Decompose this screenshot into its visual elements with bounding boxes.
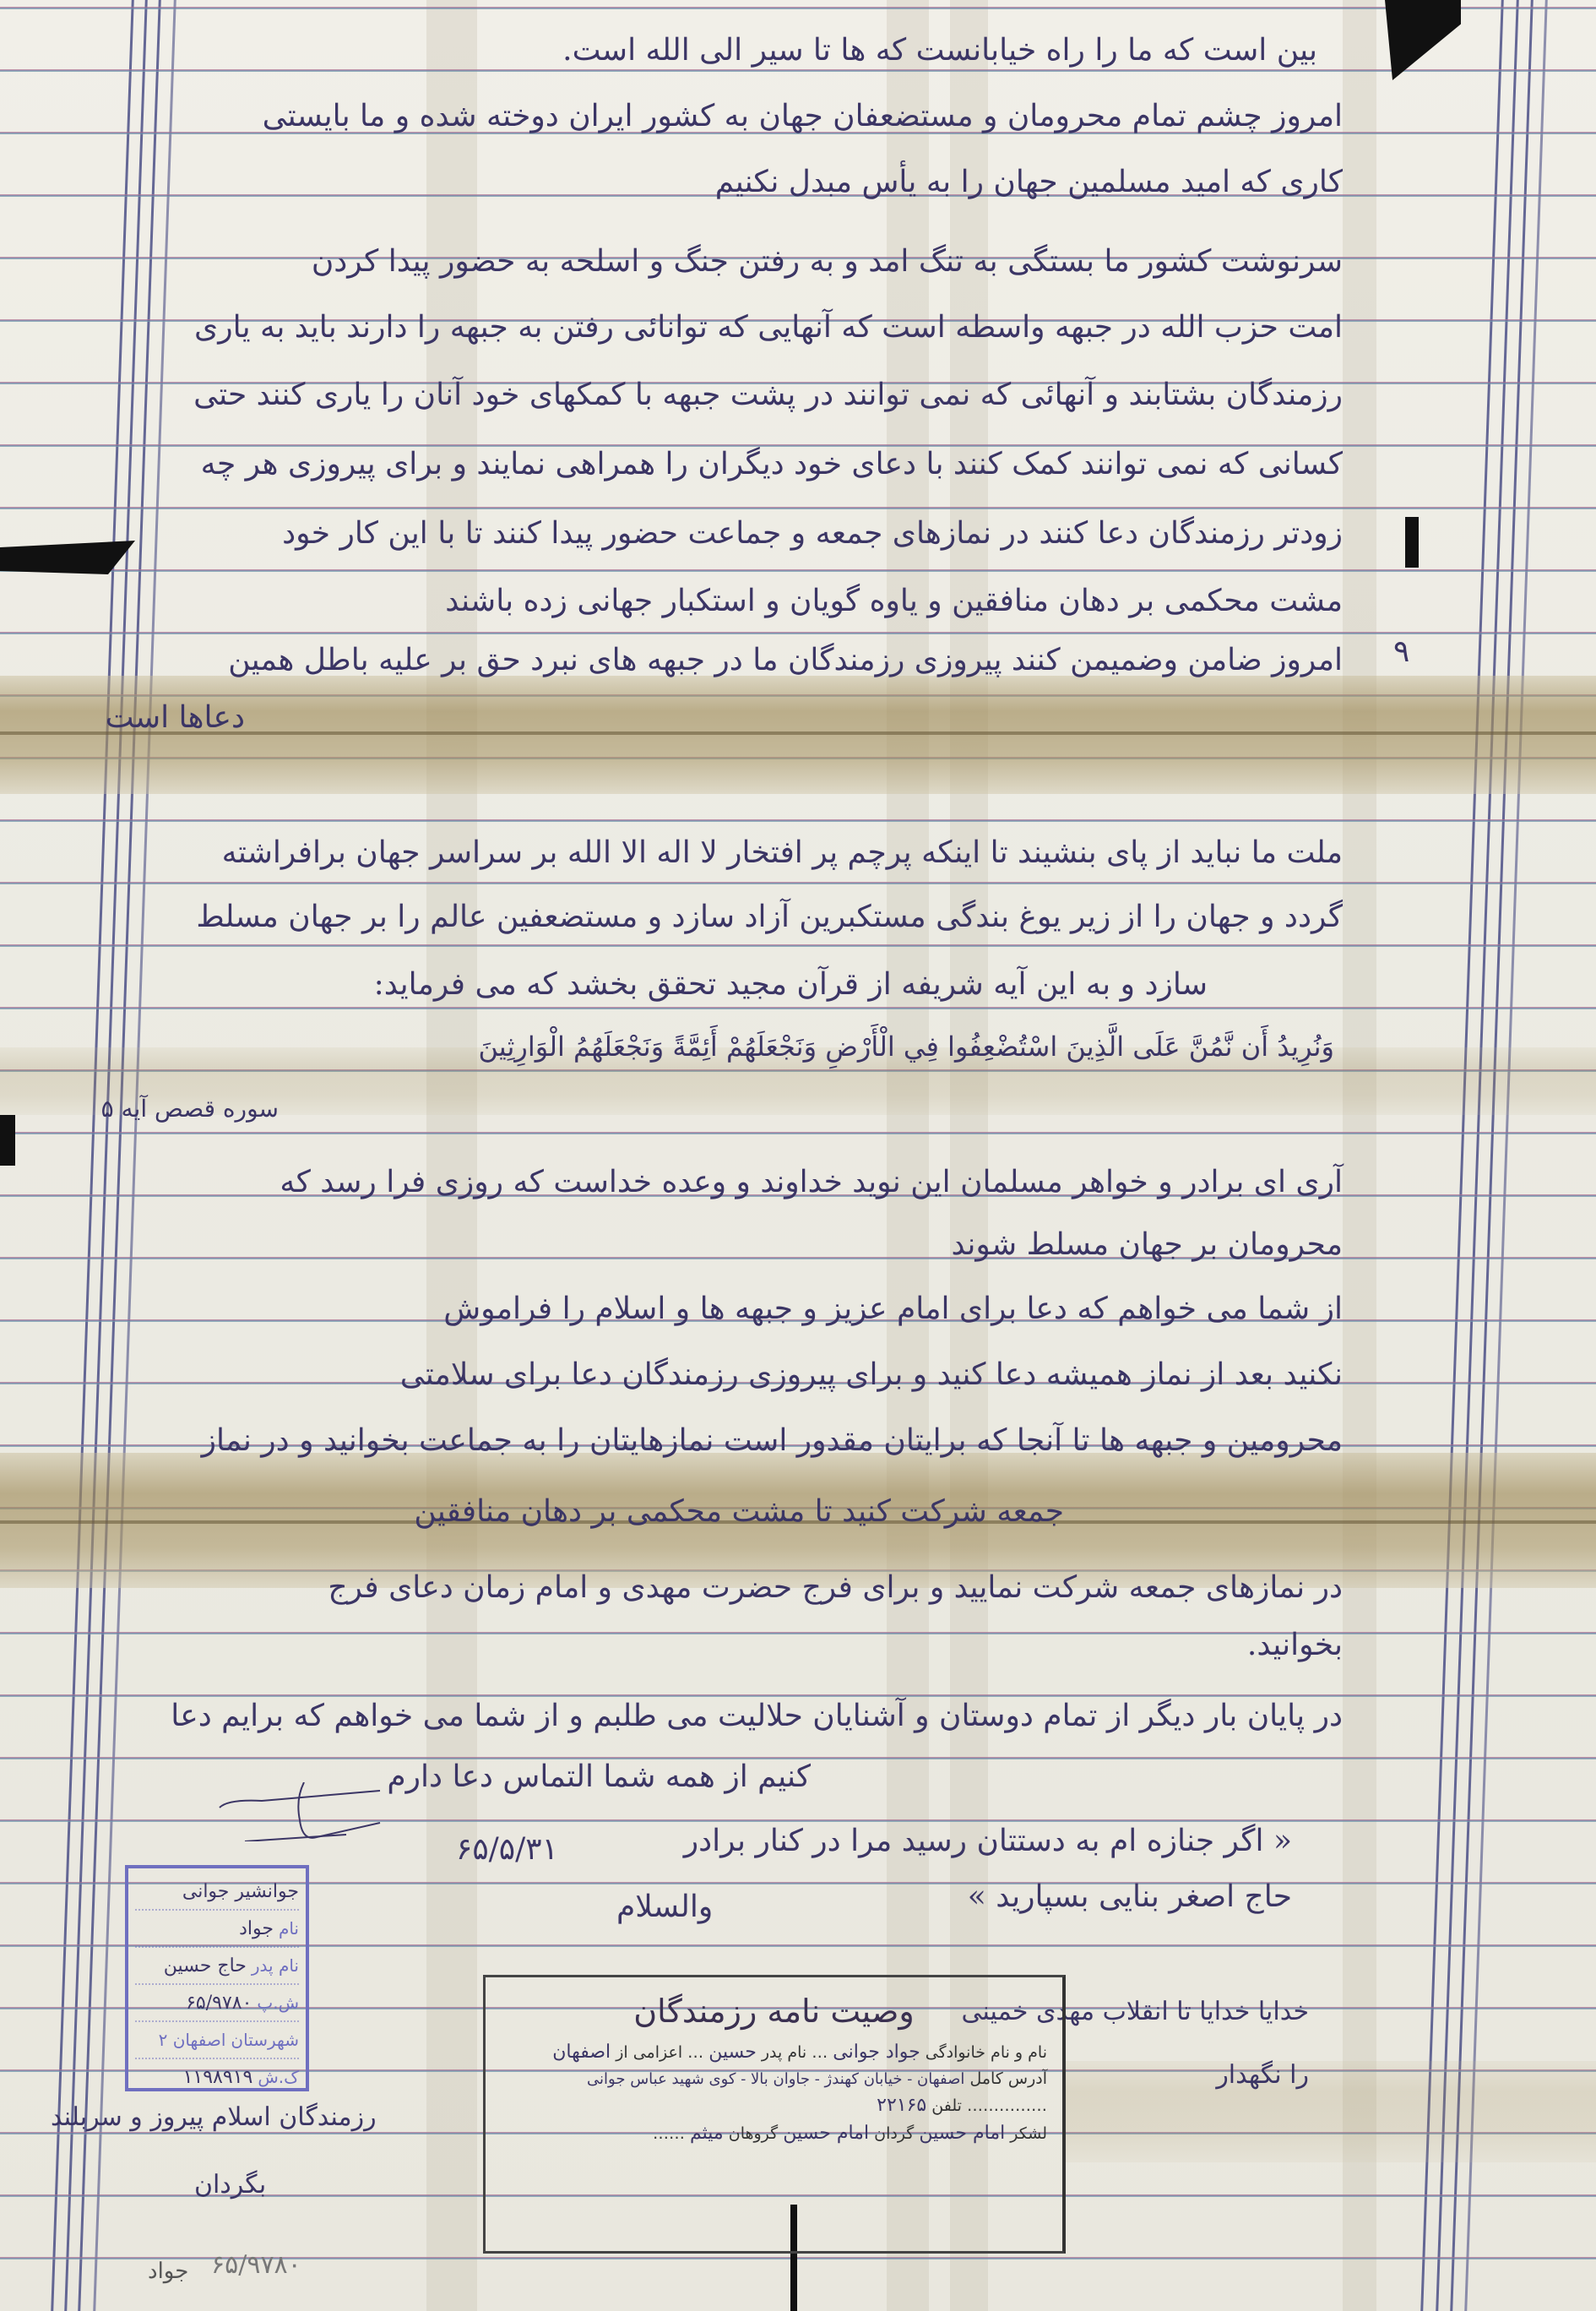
id-stamp: جوانشیر جوانی نام جواد نام پدر حاج حسین … bbox=[125, 1865, 309, 2091]
letter-line: از شما می خواهم که دعا برای امام عزیز و … bbox=[443, 1292, 1343, 1326]
ruled-line bbox=[0, 7, 1596, 9]
fold-stripe bbox=[1343, 0, 1376, 2311]
form-phone-value: ۲۲۱۶۵ bbox=[877, 2095, 926, 2116]
stamp-code-value: ۱۱۹۸۹۱۹ bbox=[183, 2067, 253, 2088]
stamp-father-label: نام پدر bbox=[252, 1955, 299, 1976]
letter-line: امروز ضامن وضمیمن کنند پیروزی رزمندگان م… bbox=[228, 644, 1343, 677]
ruled-line bbox=[0, 1007, 1596, 1009]
fold-stripe bbox=[426, 0, 477, 2311]
stamp-name-value: جواد bbox=[239, 1918, 274, 1939]
ruled-line bbox=[0, 69, 1596, 72]
stamp-father-value: حاج حسین bbox=[164, 1955, 247, 1977]
ruled-line bbox=[0, 944, 1596, 947]
ruled-line bbox=[0, 1132, 1596, 1134]
stamp-city-value: اصفهان ۲ bbox=[159, 2030, 226, 2050]
stamp-row-father: نام پدر حاج حسین bbox=[135, 1948, 299, 1985]
letter-line: کاری که امید مسلمین جهان را به یأس مبدل … bbox=[715, 166, 1343, 199]
ruled-line bbox=[0, 1694, 1596, 1697]
letter-line: مشت محکمی بر دهان منافقین و یاوه گویان و… bbox=[445, 585, 1343, 618]
letter-line: نکنید بعد از نماز همیشه دعا کنید و برای … bbox=[400, 1358, 1343, 1392]
form-battalion-value: امام حسین bbox=[783, 2123, 869, 2144]
ruled-line bbox=[0, 507, 1596, 509]
letter-line: امت حزب الله در جبهه واسطه است که آنهایی… bbox=[194, 311, 1343, 345]
stamp-row-id: ش.پ ۶۵/۹۷۸۰ bbox=[135, 1985, 299, 2022]
ruled-line bbox=[0, 632, 1596, 634]
letter-line: گردد و جهان را از زیر یوغ بندگی مستکبرین… bbox=[196, 900, 1343, 934]
ruled-line bbox=[0, 1632, 1596, 1634]
form-company-label: گروهان bbox=[729, 2124, 778, 2143]
right-note-line2: را نگهدار bbox=[1216, 2061, 1309, 2089]
stamp-id-label: ش.پ bbox=[257, 1993, 299, 2013]
ruled-line bbox=[0, 819, 1596, 822]
fold-stripe bbox=[887, 0, 929, 2311]
letter-line: رزمندگان بشتابند و آنهائی که نمی توانند … bbox=[193, 378, 1343, 412]
letter-line: زودتر رزمندگان دعا کنند در نمازهای جمعه … bbox=[282, 517, 1343, 551]
ruled-line bbox=[0, 569, 1596, 572]
letter-line: در نمازهای جمعه شرکت نمایید و برای فرج ح… bbox=[328, 1571, 1343, 1605]
form-company-value: میثم bbox=[690, 2123, 724, 2144]
left-note-line1: رزمندگان اسلام پیروز و سربلند bbox=[51, 2103, 377, 2131]
form-division-label: لشکر bbox=[1010, 2124, 1047, 2143]
fold-stripe bbox=[950, 0, 988, 2311]
form-address-value: اصفهان - خیابان کهندژ - جاوان بالا - کوی… bbox=[587, 2070, 964, 2088]
form-dispatch-value: اصفهان bbox=[552, 2042, 611, 2063]
letter-line: آری ای برادر و خواهر مسلمان این نوید خدا… bbox=[280, 1166, 1343, 1199]
stamp-row-surname: جوانشیر جوانی bbox=[135, 1873, 299, 1911]
form-name-value: جواد جوانی bbox=[833, 2042, 920, 2063]
letter-line: محرومان بر جهان مسلط شوند bbox=[951, 1228, 1343, 1262]
stamp-row-code: ک.ش ۱۱۹۸۹۱۹ bbox=[135, 2059, 299, 2095]
torn-edge bbox=[0, 1115, 15, 1166]
form-row-phone: …………… تلفن ۲۲۱۶۵ bbox=[501, 2095, 1047, 2116]
letter-line: بین است که ما را راه خیابانست که ها تا س… bbox=[562, 34, 1317, 68]
stamp-city-label: شهرستان bbox=[231, 2030, 299, 2050]
will-form: وصیت نامه رزمندگان نام و نام خانوادگی جو… bbox=[483, 1975, 1066, 2254]
letter-line: کسانی که نمی توانند کمک کنند با دعای خود… bbox=[201, 448, 1343, 481]
signature bbox=[211, 1782, 388, 1841]
form-battalion-label: گردان bbox=[874, 2124, 914, 2143]
closing-date: ۶۵/۵/۳۱ bbox=[456, 1833, 558, 1867]
left-note-line2: بگردان bbox=[194, 2171, 266, 2199]
letter-line: حاج اصغر بنایی بسپارید » bbox=[968, 1880, 1292, 1914]
form-phone-label: تلفن bbox=[931, 2096, 962, 2115]
letter-line: در پایان بار دیگر از تمام دوستان و آشنای… bbox=[171, 1699, 1343, 1733]
stamp-row-city: شهرستان اصفهان ۲ bbox=[135, 2022, 299, 2059]
form-dispatch-label: اعزامی از bbox=[616, 2043, 682, 2062]
line-number-mark: ۹ bbox=[1393, 635, 1409, 669]
paper-sheet: بین است که ما را راه خیابانست که ها تا س… bbox=[0, 0, 1596, 2311]
torn-corner bbox=[1385, 0, 1461, 80]
stamp-code-label: ک.ش bbox=[258, 2067, 299, 2087]
letter-line: محرومین و جبهه ها تا آنجا که برایتان مقد… bbox=[202, 1424, 1343, 1458]
stamp-row-name: نام جواد bbox=[135, 1911, 299, 1948]
form-row-name: نام و نام خانوادگی جواد جوانی … نام پدر … bbox=[501, 2042, 1047, 2063]
form-father-label: نام پدر bbox=[762, 2043, 806, 2062]
letter-line: سازد و به این آیه شریفه از قرآن مجید تحق… bbox=[374, 968, 1208, 1002]
letter-line: ملت ما نباید از پای بنشیند تا اینکه پرچم… bbox=[222, 836, 1343, 870]
bottom-number: ۶۵/۹۷۸۰ bbox=[211, 2251, 301, 2279]
letter-line: بخوانید. bbox=[1247, 1629, 1343, 1662]
letter-line: « اگر جنازه ام به دستتان رسید مرا در کنا… bbox=[684, 1824, 1292, 1858]
form-father-value: حسین bbox=[708, 2042, 757, 2063]
stamp-surname-value: جوانشیر جوانی bbox=[182, 1881, 299, 1902]
closing-salutation: والسلام bbox=[616, 1890, 713, 1924]
letter-line: کنیم از همه شما التماس دعا دارم bbox=[387, 1760, 811, 1794]
letter-line: وَنُرِيدُ أَن نَّمُنَّ عَلَى الَّذِينَ ا… bbox=[478, 1032, 1334, 1062]
torn-hole bbox=[1405, 517, 1419, 568]
letter-line: سوره قصص آیه ۵ bbox=[101, 1096, 279, 1123]
stamp-name-label: نام bbox=[279, 1918, 299, 1939]
ruled-line bbox=[0, 1257, 1596, 1259]
form-name-label: نام و نام خانوادگی bbox=[926, 2043, 1047, 2062]
ruled-line bbox=[0, 882, 1596, 884]
form-row-unit: لشکر امام حسین گردان امام حسین گروهان می… bbox=[501, 2123, 1047, 2144]
letter-line: سرنوشت کشور ما بستگی به تنگ امد و به رفت… bbox=[312, 245, 1343, 279]
letter-line: جمعه شرکت کنید تا مشت محکمی بر دهان مناف… bbox=[414, 1495, 1064, 1529]
tape-band-light bbox=[1064, 2061, 1596, 2162]
letter-line: دعاها است bbox=[106, 701, 245, 735]
letter-line: امروز چشم تمام محرومان و مستضعفان جهان ب… bbox=[263, 100, 1343, 133]
stamp-id-value: ۶۵/۹۷۸۰ bbox=[186, 1993, 252, 2014]
form-address-label: آدرس کامل bbox=[969, 2069, 1047, 2088]
bottom-name: جواد bbox=[148, 2259, 188, 2284]
form-title: وصیت نامه رزمندگان bbox=[501, 1993, 1047, 2030]
form-division-value: امام حسین bbox=[919, 2123, 1005, 2144]
form-row-address: آدرس کامل اصفهان - خیابان کهندژ - جاوان … bbox=[501, 2069, 1047, 2088]
tape-band bbox=[0, 676, 1596, 794]
